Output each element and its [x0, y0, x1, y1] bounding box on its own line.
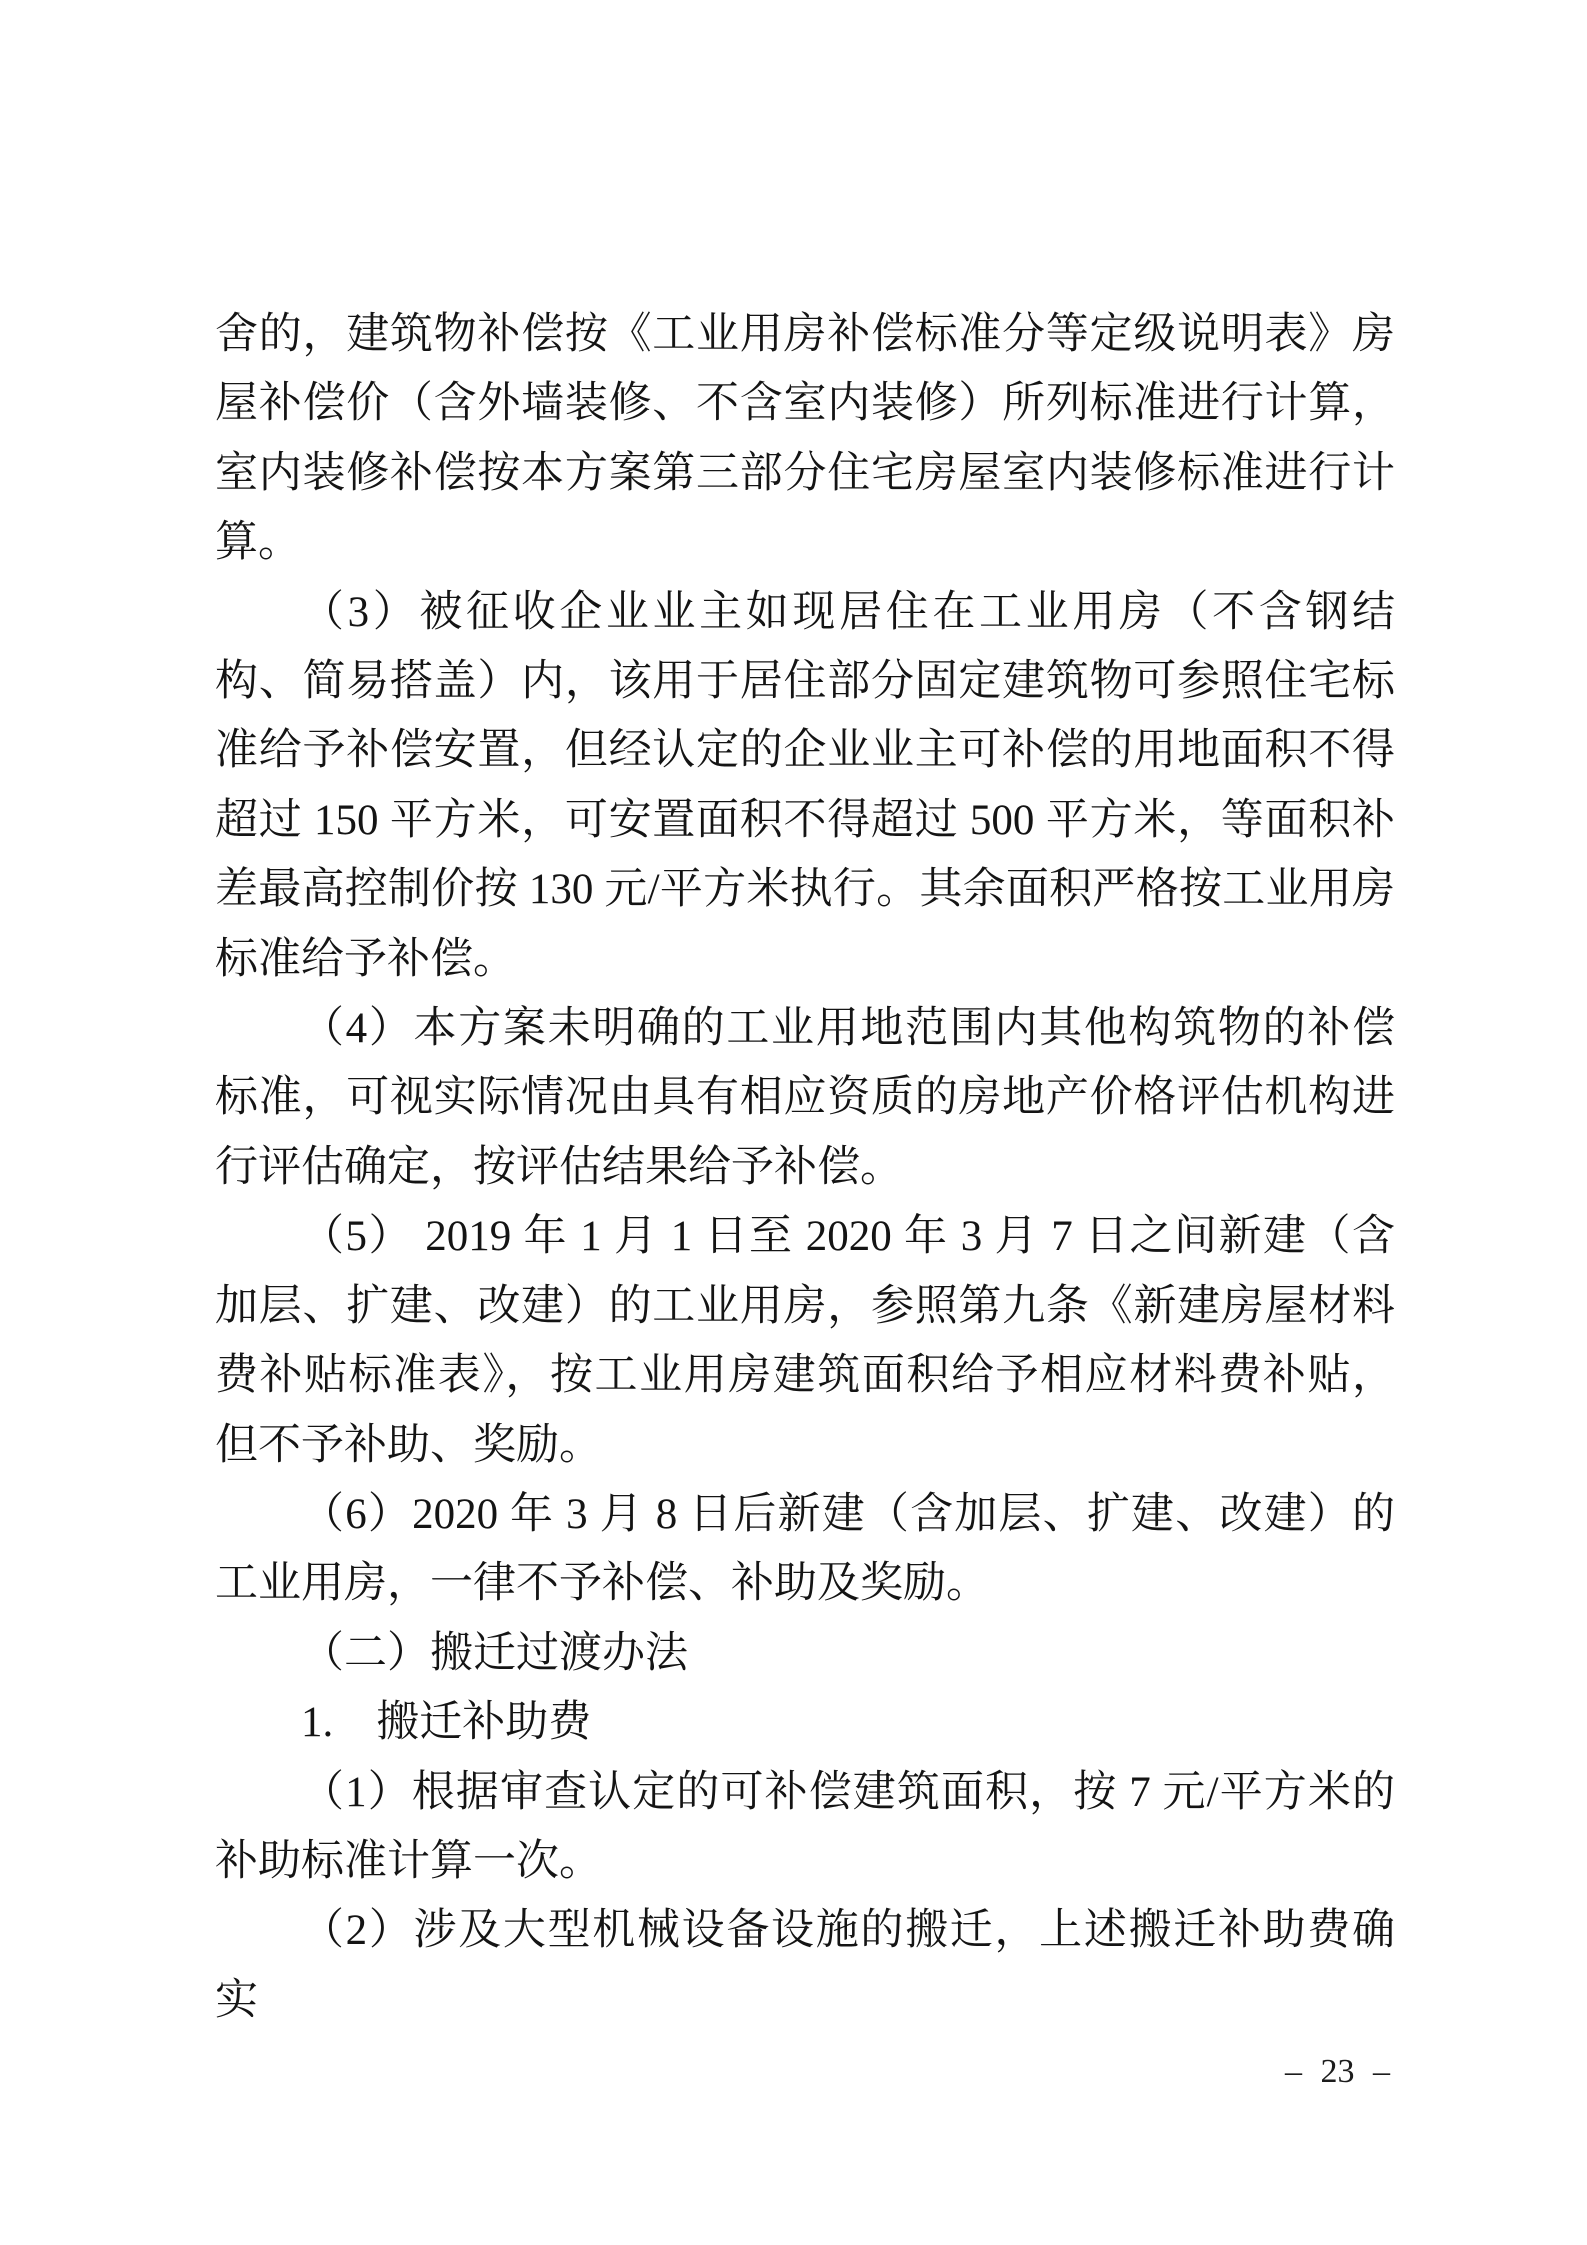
paragraph-item-4: （4）本方案未明确的工业用地范围内其他构筑物的补偿标准，可视实际情况由具有相应资… [215, 994, 1395, 1202]
paragraph-item-6: （6）2020 年 3 月 8 日后新建（含加层、扩建、改建）的工业用房，一律不… [215, 1480, 1395, 1619]
paragraph-item-1: （1）根据审查认定的可补偿建筑面积，按 7 元/平方米的补助标准计算一次。 [215, 1758, 1395, 1897]
paragraph-item-5: （5） 2019 年 1 月 1 日至 2020 年 3 月 7 日之间新建（含… [215, 1202, 1395, 1480]
document-body: 舍的，建筑物补偿按《工业用房补偿标准分等定级说明表》房屋补偿价（含外墙装修、不含… [215, 300, 1395, 2035]
paragraph-item-3: （3）被征收企业业主如现居住在工业用房（不含钢结构、简易搭盖）内，该用于居住部分… [215, 578, 1395, 994]
sub-heading: 1. 搬迁补助费 [215, 1688, 1395, 1757]
page-number: – 23 – [1235, 2050, 1440, 2094]
section-heading: （二）搬迁过渡办法 [215, 1619, 1395, 1688]
document-page: 舍的，建筑物补偿按《工业用房补偿标准分等定级说明表》房屋补偿价（含外墙装修、不含… [0, 0, 1587, 2245]
paragraph-continuation: 舍的，建筑物补偿按《工业用房补偿标准分等定级说明表》房屋补偿价（含外墙装修、不含… [215, 300, 1395, 578]
paragraph-item-2: （2）涉及大型机械设备设施的搬迁，上述搬迁补助费确实 [215, 1896, 1395, 2035]
